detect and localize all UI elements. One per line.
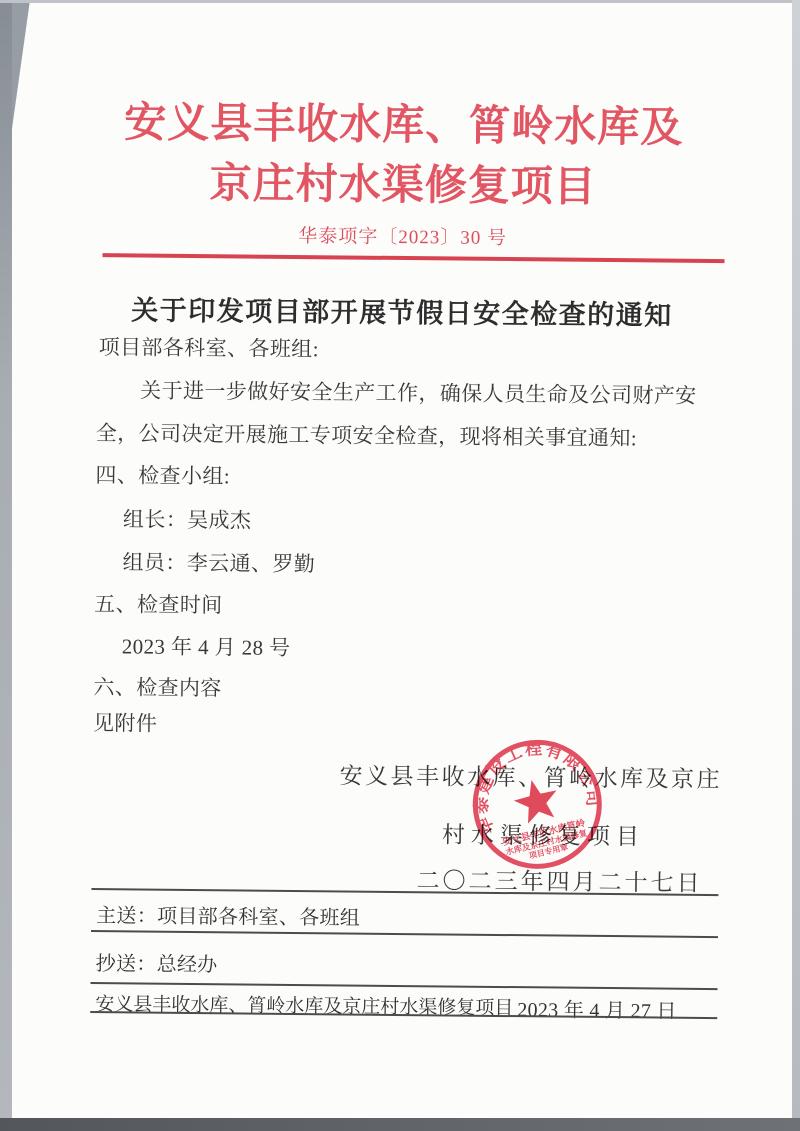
footer-main-recipient: 主送：项目部各科室、各班组 — [96, 899, 360, 931]
section-five-title: 五、检查时间 — [94, 588, 223, 619]
scan-edge-right — [792, 0, 800, 1131]
team-leader-line: 组长：吴成杰 — [123, 503, 252, 534]
paragraph-line2: 全，公司决定开展施工专项安全检查，现将相关事宜通知: — [96, 417, 637, 452]
attachment-note: 见附件 — [93, 707, 157, 738]
document-title-line1: 安义县丰收水库、筲岭水库及 — [4, 88, 800, 156]
document-content: 安义县丰收水库、筲岭水库及 京庄村水渠修复项目 华泰项字〔2023〕30 号 关… — [0, 0, 800, 1131]
addressee-line: 项目部各科室、各班组: — [99, 331, 320, 363]
check-date-line: 2023 年 4 月 28 号 — [122, 630, 291, 662]
scan-edge-bottom — [0, 1118, 800, 1131]
footer-date: 2023 年 4 月 27 日 — [517, 993, 677, 1024]
scanned-document-page: 安义县丰收水库、筲岭水库及 京庄村水渠修复项目 华泰项字〔2023〕30 号 关… — [0, 0, 800, 1131]
footer-divider-2 — [91, 930, 718, 938]
red-divider — [103, 253, 725, 263]
scan-edge-left — [0, 0, 12, 1131]
footer-divider-3 — [91, 982, 718, 990]
section-six-title: 六、检查内容 — [93, 671, 222, 702]
team-members-line: 组员：李云通、罗勤 — [122, 546, 315, 578]
paragraph-line1: 关于进一步做好安全生产工作，确保人员生命及公司财产安 — [140, 375, 697, 410]
footer-cc: 抄送：总经办 — [96, 947, 218, 977]
star-icon — [510, 775, 562, 826]
document-title-line2: 京庄村水渠修复项目 — [3, 148, 800, 216]
section-four-title: 四、检查小组: — [95, 459, 230, 490]
scan-edge-top — [0, 0, 800, 3]
document-number: 华泰项字〔2023〕30 号 — [3, 218, 800, 253]
notice-heading: 关于印发项目部开展节假日安全检查的通知 — [2, 287, 800, 334]
